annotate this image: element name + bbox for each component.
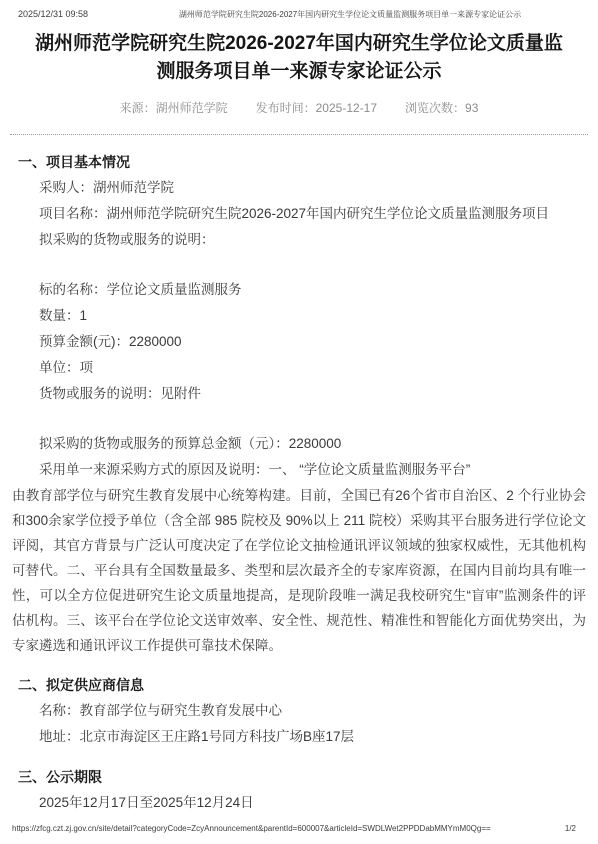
- reason-paragraph: 由教育部学位与研究生教育发展中心统筹构建。目前，全国已有26个省市自治区、2 个…: [12, 483, 586, 658]
- section-heading: 二、拟定供应商信息: [12, 672, 586, 698]
- field-line: 标的名称：学位论文质量监测服务: [12, 277, 586, 303]
- print-timestamp: 2025/12/31 09:58: [18, 9, 88, 19]
- field-line: 采购人：湖州师范学院: [12, 175, 586, 201]
- field-line: 名称：教育部学位与研究生教育发展中心: [12, 698, 586, 724]
- field-line: 预算金额(元)：2280000: [12, 329, 586, 355]
- field-line: 地址：北京市海淀区王庄路1号同方科技广场B座17层: [12, 724, 586, 750]
- field-line: 项目名称：湖州师范学院研究生院2026-2027年国内研究生学位论文质量监测服务…: [12, 201, 586, 227]
- footer-url: https://zfcg.czt.zj.gov.cn/site/detail?c…: [12, 824, 505, 833]
- section-heading: 三、公示期限: [12, 764, 586, 790]
- article-body: 一、项目基本情况 采购人：湖州师范学院 项目名称：湖州师范学院研究生院2026-…: [12, 149, 586, 816]
- field-line: 2025年12月17日至2025年12月24日: [12, 790, 586, 816]
- divider: [10, 134, 588, 135]
- meta-view-count: 浏览次数：93: [405, 99, 478, 116]
- field-line: 采用单一来源采购方式的原因及说明：一、 “学位论文质量监测服务平台”: [12, 457, 586, 483]
- field-line: 货物或服务的说明：见附件: [12, 381, 586, 407]
- field-line: 数量：1: [12, 303, 586, 329]
- section-publicity-period: 三、公示期限 2025年12月17日至2025年12月24日: [12, 764, 586, 816]
- meta-source: 来源：湖州师范学院: [120, 99, 228, 116]
- field-line: 拟采购的货物或服务的预算总金额（元）：2280000: [12, 431, 586, 457]
- section-heading: 一、项目基本情况: [12, 149, 586, 175]
- meta-publish-date: 发布时间：2025-12-17: [256, 99, 377, 116]
- field-line: 单位：项: [12, 355, 586, 381]
- section-supplier-info: 二、拟定供应商信息 名称：教育部学位与研究生教育发展中心 地址：北京市海淀区王庄…: [12, 672, 586, 750]
- print-header: 2025/12/31 09:58 湖州师范学院研究生院2026-2027年国内研…: [0, 0, 598, 20]
- page-indicator: 1/2: [565, 824, 576, 833]
- article-meta: 来源：湖州师范学院 发布时间：2025-12-17 浏览次数：93: [0, 99, 598, 116]
- announcement-page: 湖州师范学院研究生院2026-2027年国内研究生学位论文质量监测服务项目单一来…: [0, 30, 598, 816]
- print-doc-title: 湖州师范学院研究生院2026-2027年国内研究生学位论文质量监测服务项目单一来…: [88, 9, 578, 20]
- print-footer: https://zfcg.czt.zj.gov.cn/site/detail?c…: [12, 824, 576, 833]
- field-line: 拟采购的货物或服务的说明：: [12, 227, 586, 253]
- section-project-info: 一、项目基本情况 采购人：湖州师范学院 项目名称：湖州师范学院研究生院2026-…: [12, 149, 586, 658]
- page-title: 湖州师范学院研究生院2026-2027年国内研究生学位论文质量监测服务项目单一来…: [26, 30, 572, 85]
